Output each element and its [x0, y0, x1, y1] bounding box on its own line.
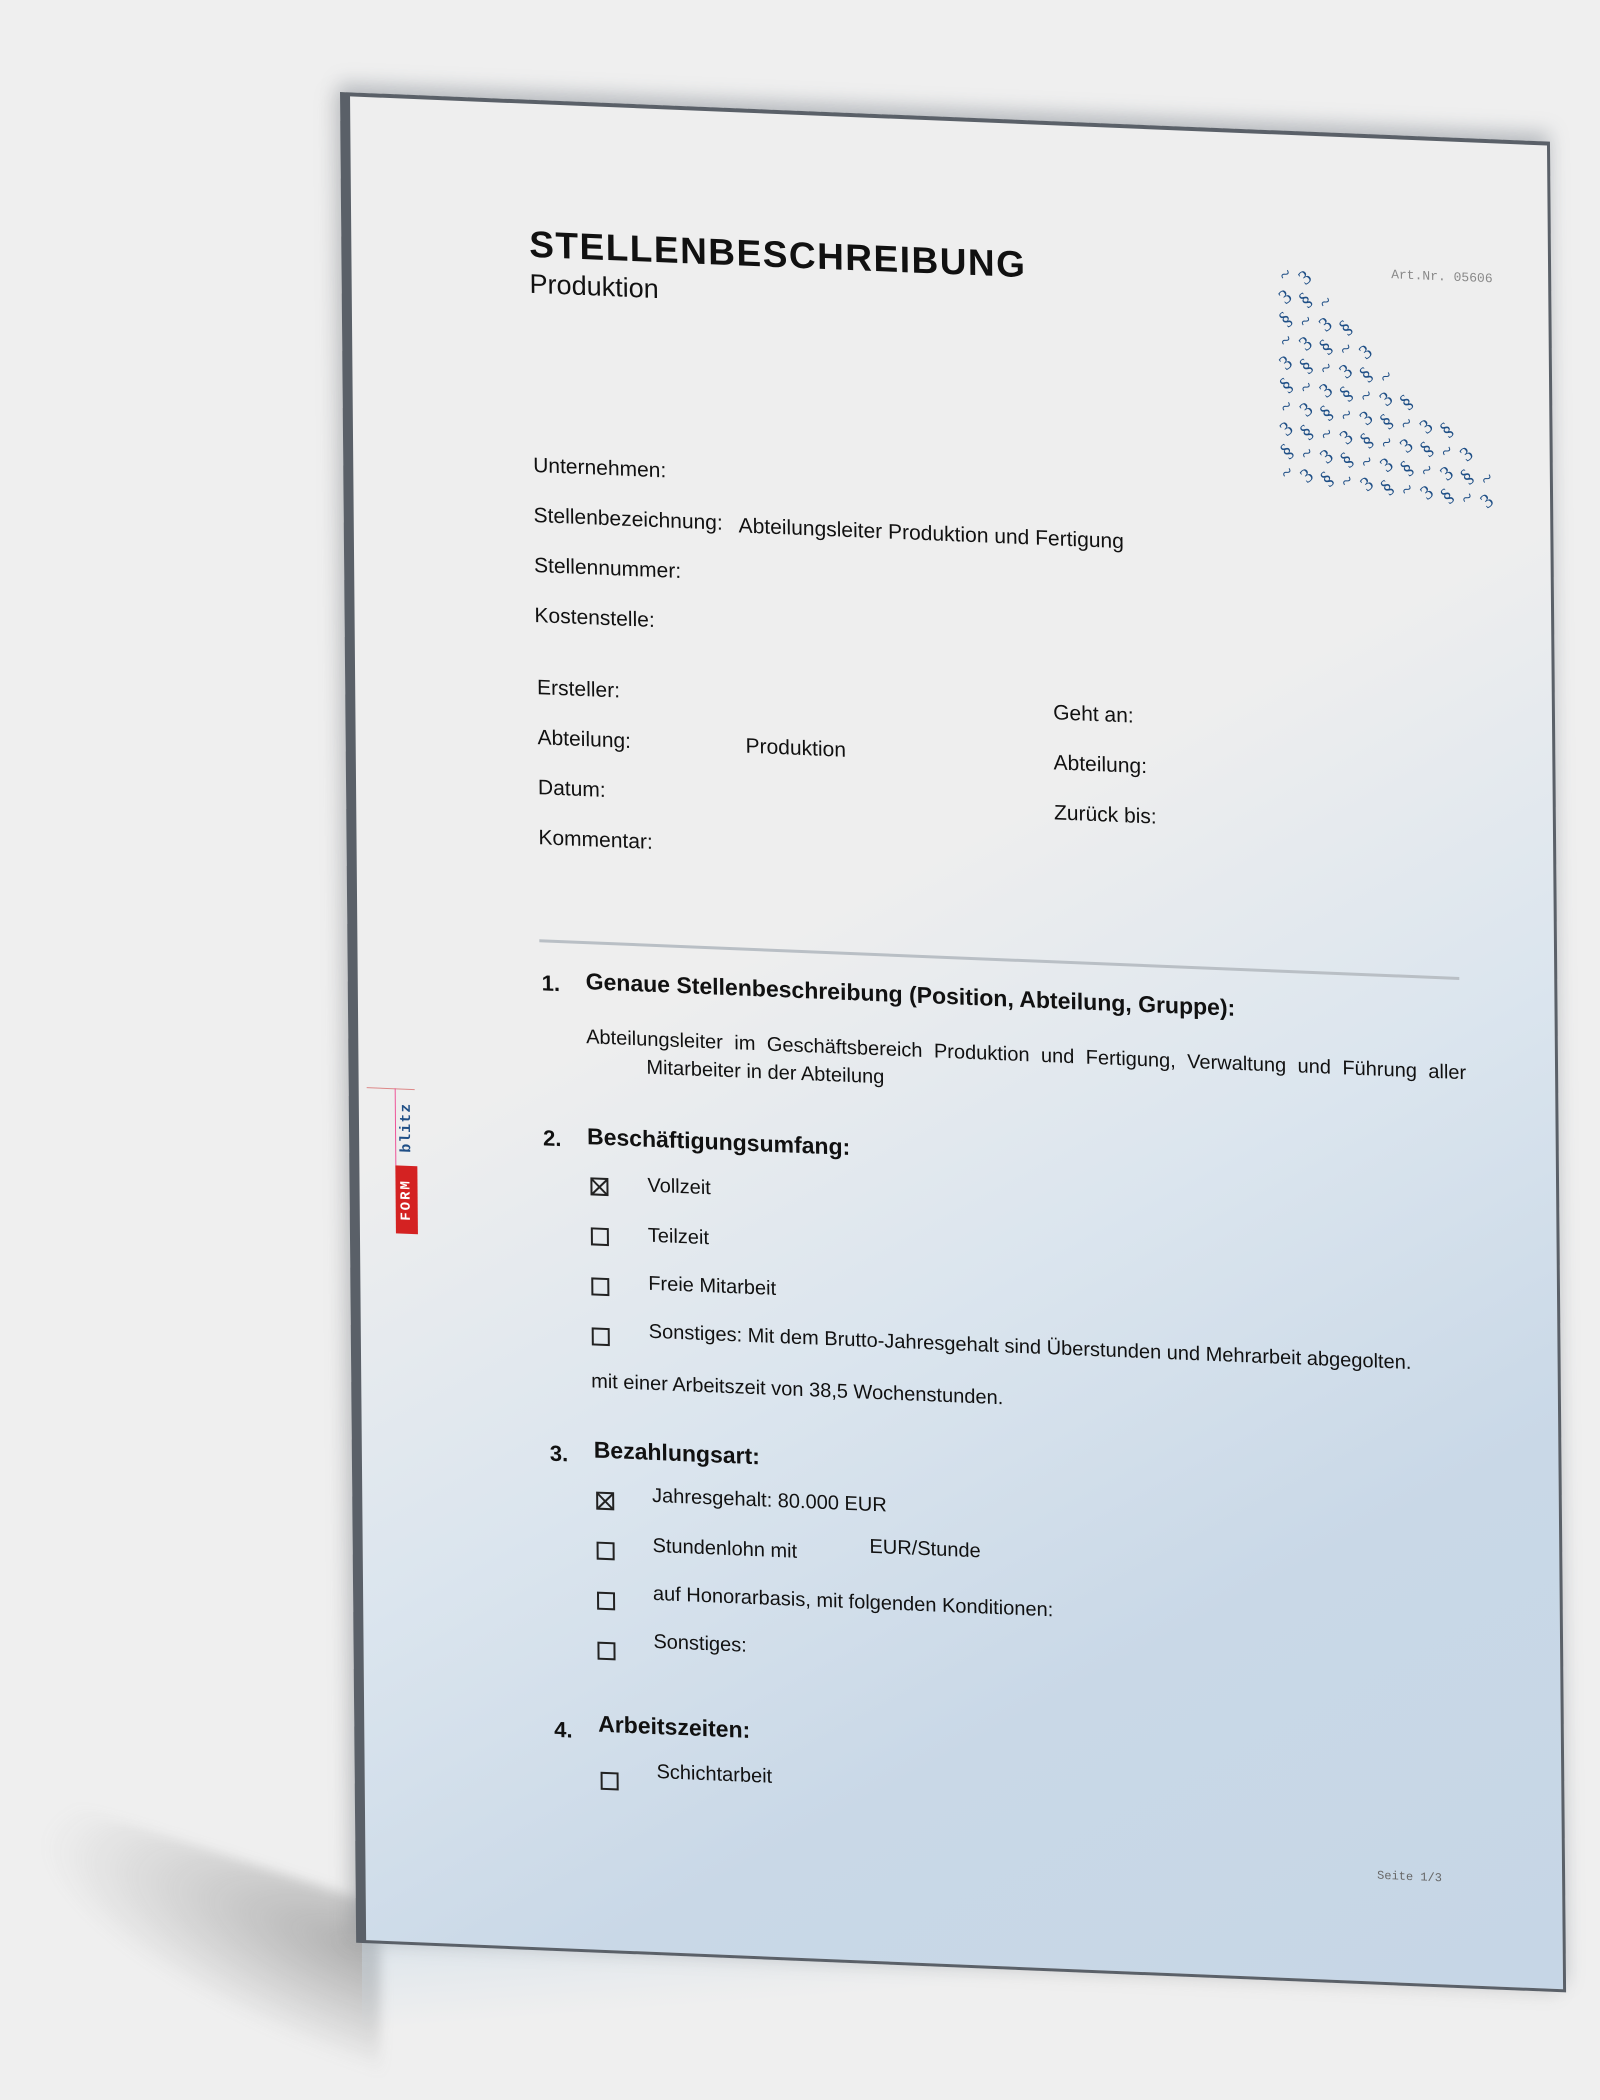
- checkbox-sonstiges-bezahlung[interactable]: [597, 1642, 615, 1661]
- svg-text:§: §: [1395, 390, 1417, 414]
- svg-text:~: ~: [1416, 458, 1439, 482]
- document-page: STELLENBESCHREIBUNG Produktion Art.Nr. 0…: [340, 92, 1566, 1992]
- svg-text:3: 3: [1416, 481, 1438, 505]
- svg-text:§: §: [1416, 437, 1438, 461]
- svg-text:§: §: [1376, 475, 1398, 499]
- svg-text:§: §: [1316, 467, 1338, 491]
- svg-text:3: 3: [1336, 426, 1358, 450]
- option-vollzeit-label: Vollzeit: [647, 1175, 711, 1201]
- svg-text:~: ~: [1436, 439, 1459, 463]
- svg-text:3: 3: [1315, 379, 1337, 403]
- checkbox-stundenlohn[interactable]: [597, 1542, 615, 1561]
- section-4-title: Arbeitszeiten:: [598, 1711, 750, 1744]
- page-indicator: Seite 1/3: [1377, 1869, 1442, 1886]
- option-freie-mitarbeit-label: Freie Mitarbeit: [648, 1273, 776, 1301]
- field-label-company: Unternehmen:: [533, 454, 666, 483]
- svg-text:~: ~: [1316, 422, 1339, 446]
- field-label-author: Ersteller:: [537, 676, 620, 703]
- option-schichtarbeit-label: Schichtarbeit: [656, 1761, 772, 1789]
- document-subtitle: Produktion: [529, 269, 658, 305]
- field-label-cost-center: Kostenstelle:: [534, 604, 654, 633]
- svg-text:3: 3: [1315, 313, 1337, 337]
- svg-text:~: ~: [1335, 403, 1358, 427]
- checkbox-honorarbasis[interactable]: [597, 1592, 615, 1611]
- section-1-number: 1.: [542, 970, 561, 997]
- svg-text:~: ~: [1277, 263, 1297, 287]
- section-1-title: Genaue Stellenbeschreibung (Position, Ab…: [586, 968, 1236, 1022]
- svg-text:3: 3: [1295, 332, 1317, 356]
- svg-text:3: 3: [1355, 341, 1377, 365]
- option-stundenlohn-suffix: EUR/Stunde: [869, 1536, 980, 1564]
- svg-text:3: 3: [1456, 443, 1478, 467]
- field-value-department[interactable]: Produktion: [745, 735, 846, 763]
- field-label-date: Datum:: [538, 776, 606, 803]
- svg-text:~: ~: [1295, 375, 1318, 399]
- svg-text:§: §: [1456, 465, 1478, 489]
- svg-text:§: §: [1294, 288, 1316, 312]
- svg-text:3: 3: [1277, 285, 1296, 309]
- checkbox-teilzeit[interactable]: [591, 1227, 609, 1246]
- svg-text:~: ~: [1375, 365, 1398, 389]
- svg-text:§: §: [1335, 316, 1357, 340]
- svg-text:~: ~: [1356, 450, 1379, 474]
- svg-text:3: 3: [1375, 387, 1397, 411]
- svg-text:3: 3: [1277, 351, 1297, 375]
- option-teilzeit-label: Teilzeit: [648, 1225, 709, 1251]
- svg-text:~: ~: [1396, 412, 1419, 436]
- svg-text:§: §: [1277, 373, 1297, 397]
- svg-text:~: ~: [1396, 478, 1419, 502]
- checkbox-jahresgehalt[interactable]: [596, 1492, 614, 1511]
- svg-text:~: ~: [1277, 461, 1299, 485]
- svg-text:§: §: [1315, 401, 1337, 425]
- paragraph-pattern-logo: ~33§~§~3§~3§~33§~3§~§~3§~3§~3§~3§~3§3§~3…: [1277, 242, 1509, 512]
- checkbox-sonstiges-umfang[interactable]: [592, 1327, 610, 1346]
- svg-text:3: 3: [1436, 462, 1458, 486]
- svg-text:3: 3: [1296, 464, 1318, 488]
- section-2-title: Beschäftigungsumfang:: [587, 1123, 850, 1161]
- svg-text:§: §: [1336, 448, 1358, 472]
- svg-text:3: 3: [1277, 417, 1298, 441]
- svg-text:3: 3: [1356, 473, 1378, 497]
- svg-text:~: ~: [1336, 469, 1359, 493]
- svg-text:3: 3: [1376, 453, 1398, 477]
- svg-text:§: §: [1295, 354, 1317, 378]
- field-label-comment: Kommentar:: [538, 826, 653, 855]
- svg-text:§: §: [1375, 409, 1397, 433]
- svg-text:3: 3: [1396, 434, 1418, 458]
- svg-text:§: §: [1356, 429, 1378, 453]
- svg-text:§: §: [1277, 307, 1297, 331]
- field-value-job-title[interactable]: Abteilungsleiter Produktion und Fertigun…: [739, 514, 1124, 554]
- svg-text:~: ~: [1277, 395, 1298, 419]
- svg-text:~: ~: [1315, 356, 1338, 380]
- svg-text:§: §: [1277, 439, 1298, 463]
- logo-form-text: FORM: [395, 1165, 418, 1234]
- svg-text:~: ~: [1335, 337, 1358, 361]
- working-hours-note: mit einer Arbeitszeit von 38,5 Wochenstu…: [591, 1368, 1003, 1412]
- formblitz-logo: blitz FORM: [395, 1088, 418, 1234]
- svg-text:3: 3: [1294, 266, 1316, 290]
- svg-text:§: §: [1355, 363, 1377, 387]
- svg-text:§: §: [1436, 418, 1458, 442]
- checkbox-freie-mitarbeit[interactable]: [591, 1277, 609, 1296]
- svg-text:3: 3: [1295, 398, 1317, 422]
- checkbox-schichtarbeit[interactable]: [601, 1772, 619, 1791]
- svg-text:~: ~: [1476, 467, 1499, 491]
- checkbox-vollzeit[interactable]: [590, 1177, 608, 1196]
- field-label-goes-to: Geht an:: [1053, 701, 1134, 728]
- svg-text:3: 3: [1416, 415, 1438, 439]
- svg-text:~: ~: [1277, 329, 1298, 353]
- section-4-number: 4.: [554, 1717, 573, 1744]
- option-honorarbasis-label: auf Honorarbasis, mit folgenden Konditio…: [653, 1583, 1053, 1622]
- field-label-job-title: Stellenbezeichnung:: [534, 504, 723, 536]
- option-jahresgehalt-label: Jahresgehalt: 80.000 EUR: [652, 1485, 887, 1518]
- svg-text:§: §: [1315, 335, 1337, 359]
- svg-text:~: ~: [1355, 384, 1378, 408]
- logo-blitz-text: blitz: [395, 1088, 418, 1166]
- svg-text:~: ~: [1314, 290, 1337, 314]
- svg-text:§: §: [1335, 382, 1357, 406]
- svg-text:3: 3: [1476, 490, 1498, 512]
- section-3-number: 3.: [550, 1441, 569, 1468]
- page-floor-shadow: [40, 1795, 380, 2075]
- svg-text:§: §: [1296, 420, 1318, 444]
- section-2-number: 2.: [543, 1125, 562, 1152]
- field-label-target-department: Abteilung:: [1053, 751, 1147, 779]
- svg-text:~: ~: [1376, 431, 1399, 455]
- option-sonstiges-umfang-label: Sonstiges: Mit dem Brutto-Jahresgehalt s…: [649, 1321, 1412, 1375]
- svg-text:~: ~: [1296, 442, 1319, 466]
- svg-text:§: §: [1396, 456, 1418, 480]
- option-sonstiges-bezahlung-label: Sonstiges:: [653, 1631, 747, 1658]
- svg-text:§: §: [1436, 484, 1458, 508]
- svg-text:3: 3: [1316, 445, 1338, 469]
- field-label-department: Abteilung:: [537, 726, 631, 754]
- field-label-job-number: Stellennummer:: [534, 554, 681, 584]
- svg-text:3: 3: [1355, 407, 1377, 431]
- svg-text:~: ~: [1295, 309, 1318, 333]
- svg-text:3: 3: [1335, 360, 1357, 384]
- section-3-title: Bezahlungsart:: [594, 1436, 760, 1470]
- field-label-return-by: Zurück bis:: [1054, 801, 1157, 829]
- svg-text:~: ~: [1456, 486, 1479, 510]
- option-stundenlohn-label: Stundenlohn mit: [652, 1535, 797, 1564]
